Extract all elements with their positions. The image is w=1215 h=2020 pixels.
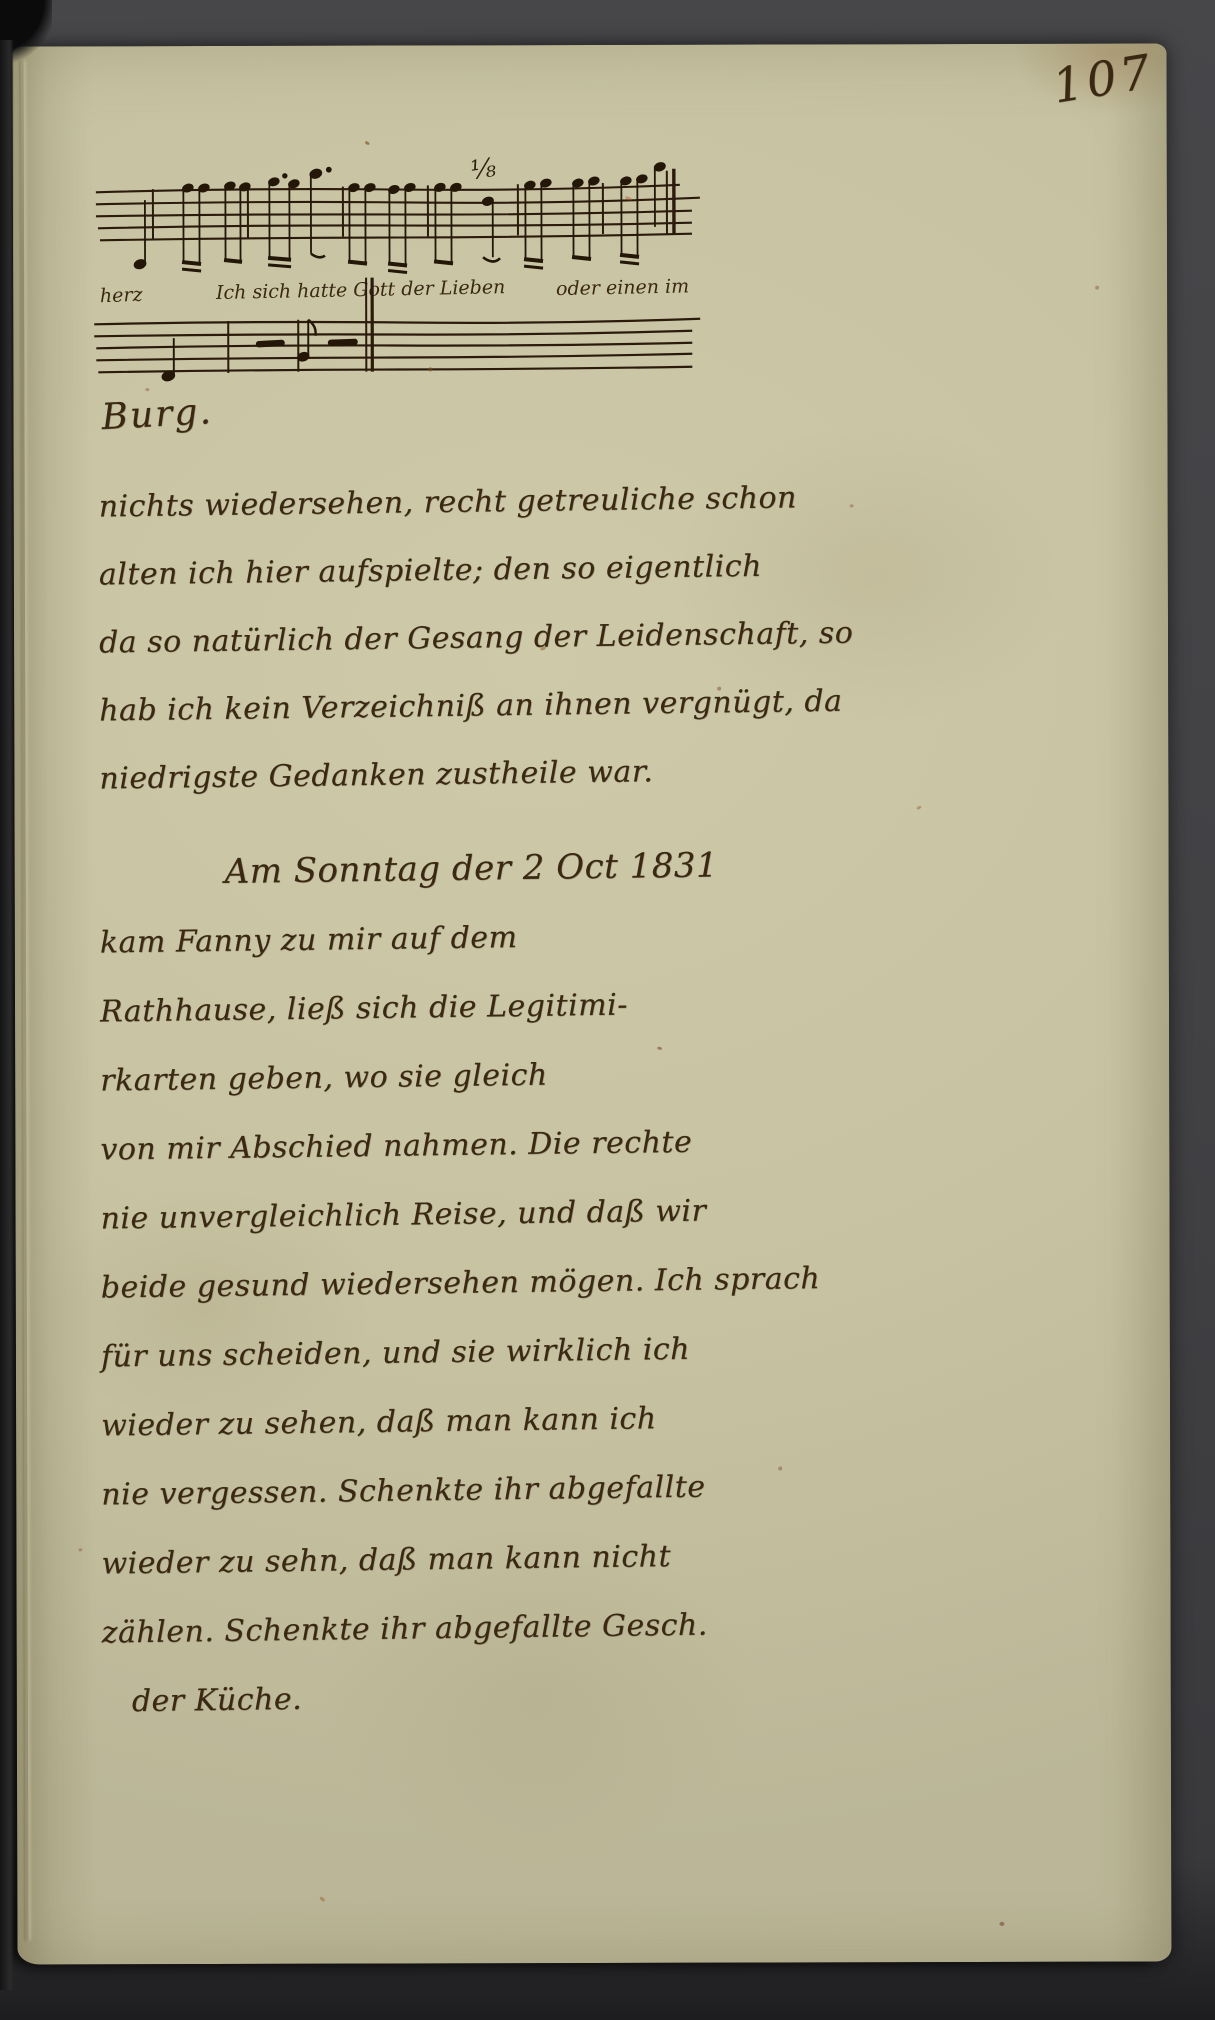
paper-speck bbox=[319, 1896, 326, 1902]
handwriting-line: der Küche. bbox=[101, 1659, 722, 1736]
handwriting-paragraph-1: nichts wiedersehen, recht getreuliche sc… bbox=[99, 469, 710, 811]
handwriting-line: für uns scheiden, und sie wirklich ich bbox=[100, 1314, 721, 1391]
handwriting-line: nie vergessen. Schenkte ihr abgefallte bbox=[101, 1452, 722, 1529]
handwriting-line: rkarten geben, wo sie gleich bbox=[100, 1038, 721, 1115]
manuscript-page: 107 bbox=[12, 43, 1171, 1964]
handwriting-line: beide gesund wiedersehen mögen. Ich spra… bbox=[100, 1245, 721, 1322]
paper-speck bbox=[850, 504, 854, 507]
paper-speck bbox=[364, 140, 370, 145]
upper-staff bbox=[96, 185, 700, 241]
handwriting-line: zählen. Schenkte ihr abgefallte Gesch. bbox=[101, 1590, 722, 1667]
music-caption: Burg. bbox=[100, 391, 213, 438]
handwriting-line: Rathhause, ließ sich die Legitimi- bbox=[100, 969, 721, 1046]
paper-speck bbox=[1095, 286, 1099, 290]
lyric-seg-3: oder einen im bbox=[556, 275, 690, 300]
paper-speck bbox=[778, 1467, 782, 1471]
handwriting-paragraph-2: Am Sonntag der 2 Oct 1831 kam Fanny zu m… bbox=[100, 835, 722, 1734]
handwriting-line: da so natürlich der Gesang der Leidensch… bbox=[99, 602, 710, 678]
handwriting-line: nie unvergleichlich Reise, und daß wir bbox=[100, 1176, 721, 1253]
paper-speck bbox=[717, 687, 721, 691]
page-crease bbox=[21, 60, 29, 1940]
paper-speck bbox=[916, 805, 922, 810]
handwriting-line: hab ich kein Verzeichniß an ihnen vergnü… bbox=[99, 670, 710, 746]
handwriting-line: nichts wiedersehen, recht getreuliche sc… bbox=[98, 466, 709, 542]
lower-staff bbox=[94, 319, 700, 373]
upper-notes bbox=[133, 161, 667, 273]
paper-speck bbox=[999, 1922, 1004, 1926]
handwriting-line: alten ich hier aufspielte; den so eigent… bbox=[98, 534, 709, 610]
lyric-seg-2: Ich sich hatte Gott der Lieben bbox=[215, 276, 506, 304]
scan-background: 107 bbox=[0, 0, 1215, 2020]
handwriting-line: wieder zu sehn, daß man kann nicht bbox=[101, 1521, 722, 1598]
lower-notes bbox=[161, 320, 358, 383]
lyrics-text: herz Ich sich hatte Gott der Lieben oder… bbox=[100, 275, 690, 307]
handwriting-line: kam Fanny zu mir auf dem bbox=[99, 900, 720, 977]
paper-speck bbox=[145, 388, 149, 391]
handwriting-line: wieder zu sehen, daß man kann ich bbox=[101, 1383, 722, 1460]
meter-marker: ⅛ bbox=[469, 157, 499, 187]
page-number: 107 bbox=[1049, 40, 1186, 115]
diary-date-line: Am Sonntag der 2 Oct 1831 bbox=[99, 831, 720, 908]
paper-specks bbox=[12, 43, 1166, 46]
paper-speck bbox=[428, 367, 432, 371]
paper-speck bbox=[78, 1548, 82, 1551]
handwriting-line: niedrigste Gedanken zustheile war. bbox=[99, 738, 710, 814]
binding-edge bbox=[0, 40, 14, 1990]
lyric-seg-1: herz bbox=[100, 284, 144, 308]
handwriting-line: von mir Abschied nahmen. Die rechte bbox=[100, 1107, 721, 1184]
